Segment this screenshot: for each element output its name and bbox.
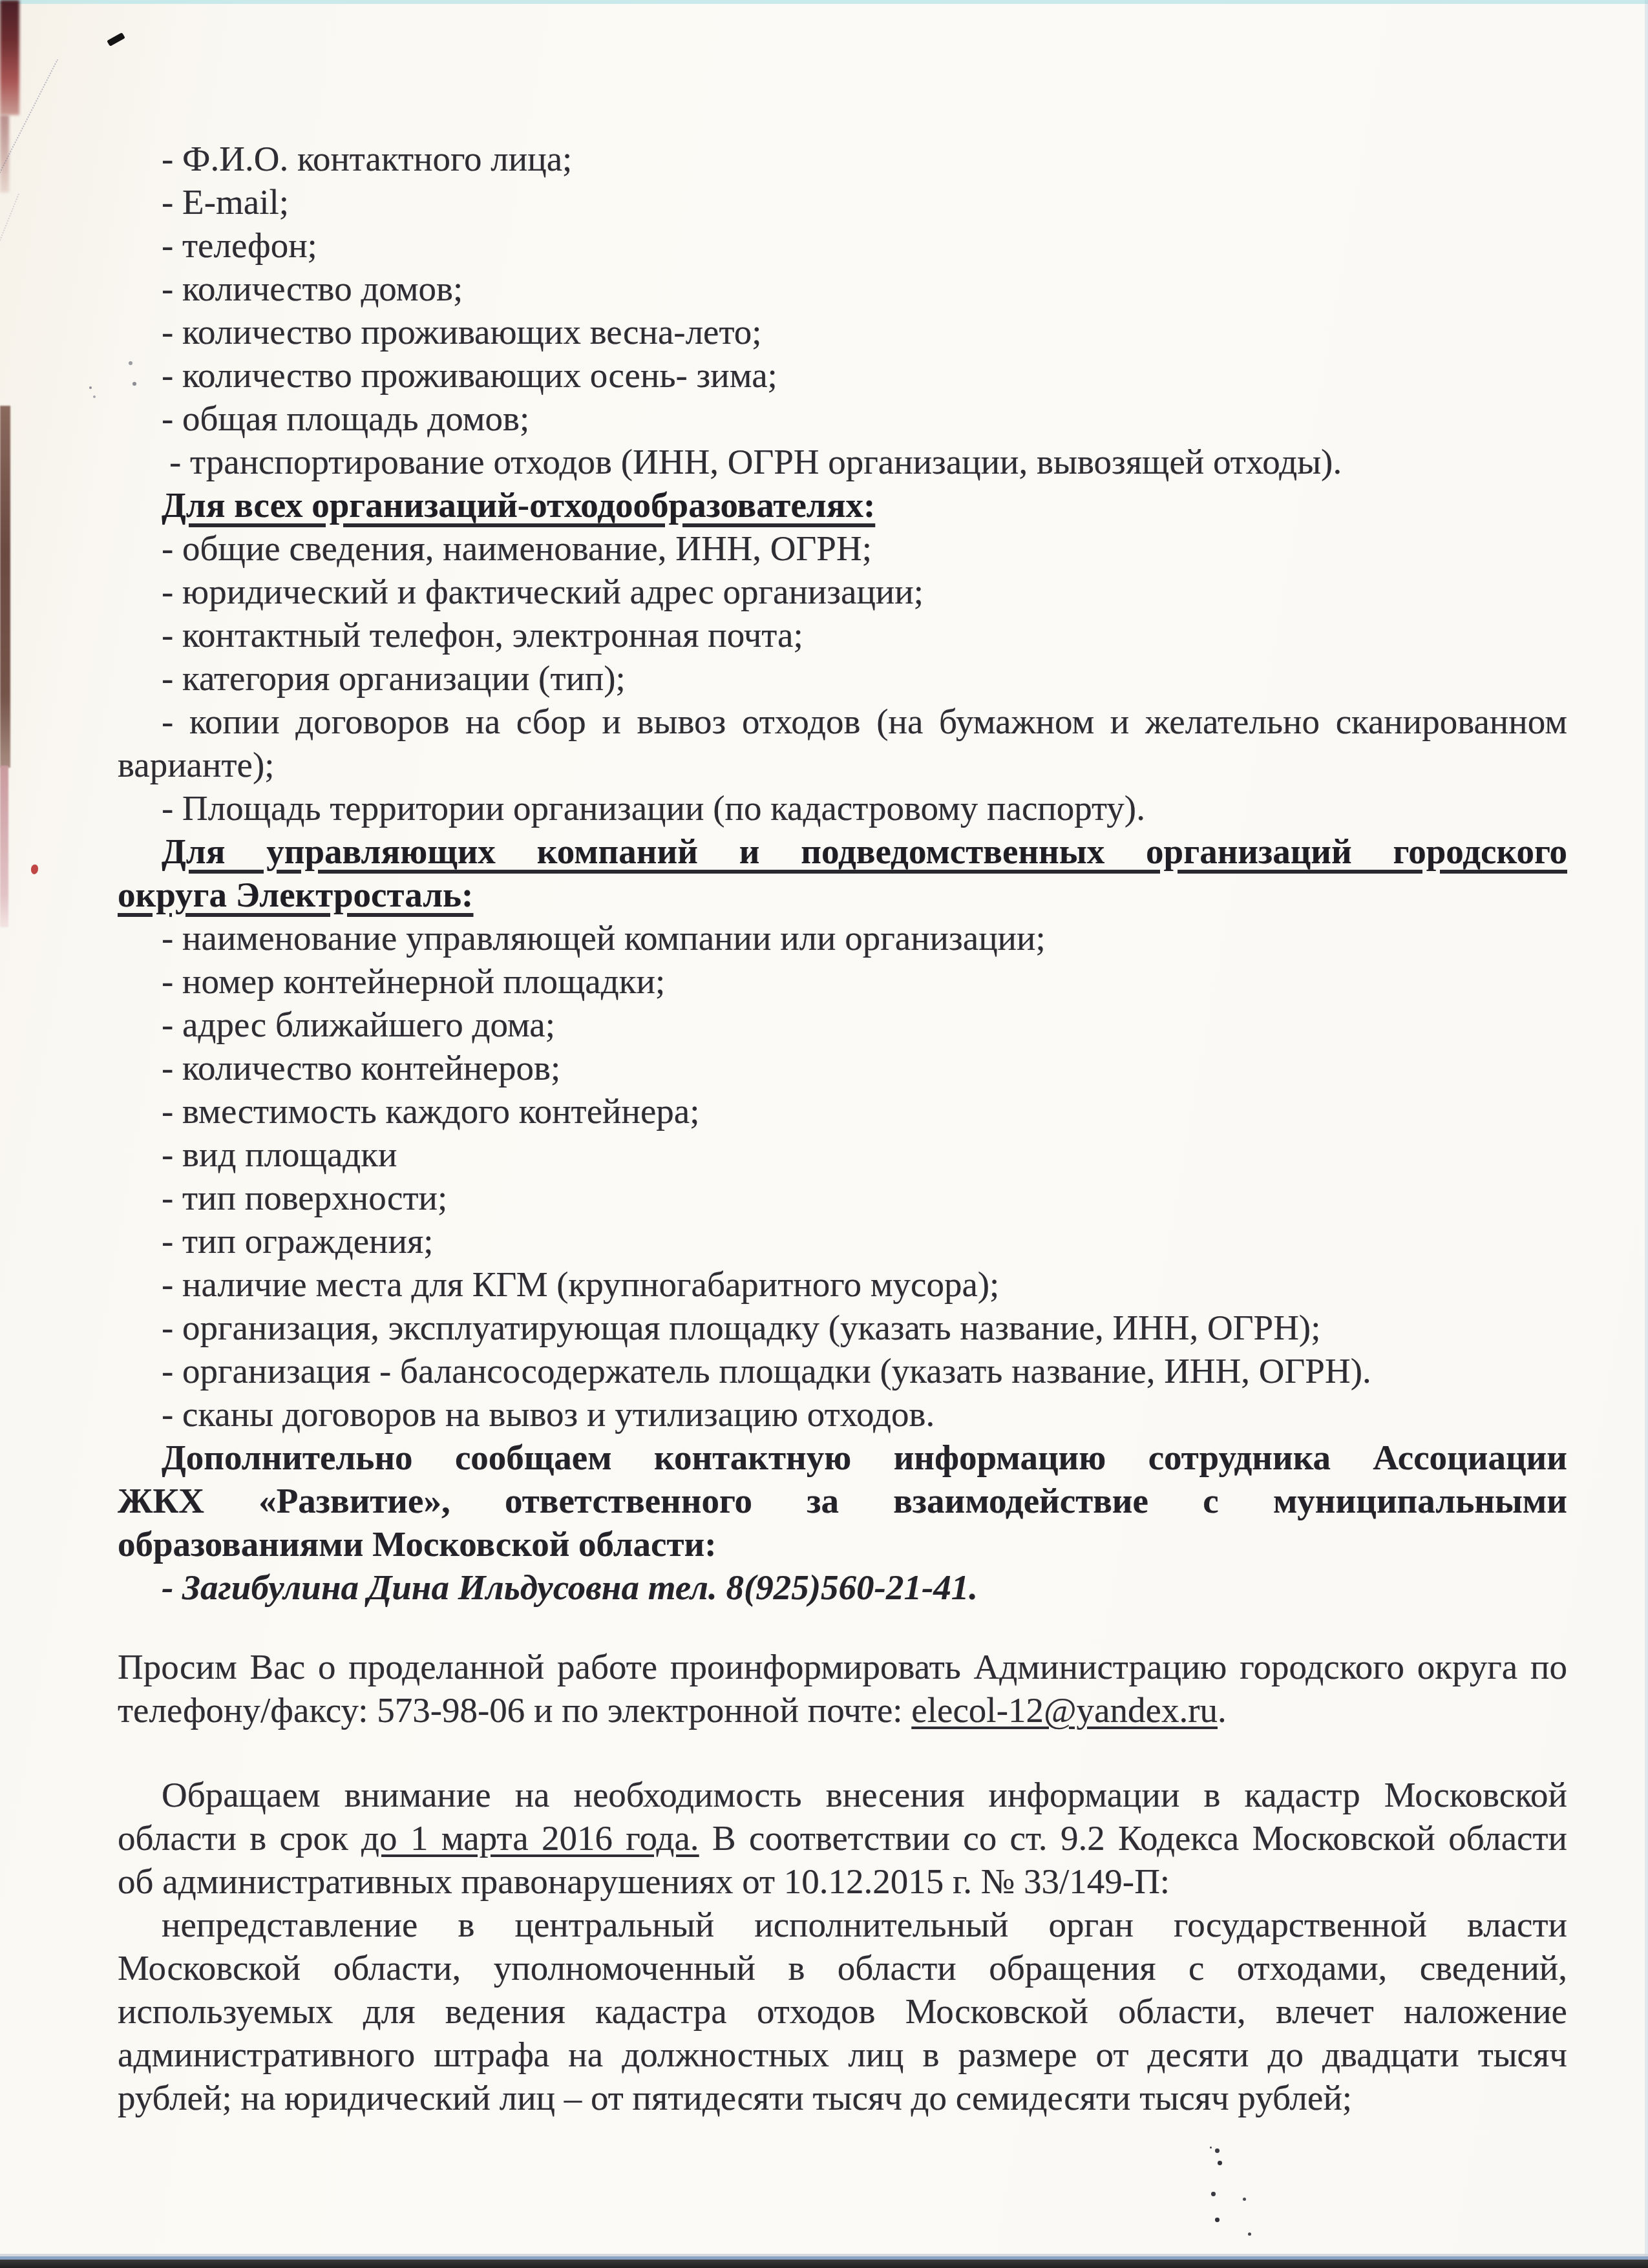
- document-text-block: - Ф.И.О. контактного лица; - E-mail; - т…: [118, 0, 1567, 2119]
- paragraph-line: телефону/факсу: 573-98-06 и по электронн…: [118, 1688, 1567, 1732]
- list-item-line: - Площадь территории организации (по кад…: [118, 786, 1567, 830]
- paragraph-line: административного штрафа на должностных …: [118, 2033, 1567, 2076]
- scanner-right-edge: [1645, 0, 1648, 2268]
- list-item-line: - общие сведения, наименование, ИНН, ОГР…: [118, 527, 1567, 570]
- crease-line-2: [0, 194, 19, 332]
- list-item-line: - копии договоров на сбор и вывоз отходо…: [118, 700, 1567, 743]
- scanned-page: - Ф.И.О. контактного лица; - E-mail; - т…: [0, 0, 1648, 2268]
- section-heading-continuation: округа Электросталь:: [118, 873, 1567, 916]
- text-run: В соответствии со ст. 9.2 Кодекса Москов…: [699, 1818, 1567, 1858]
- list-item-line: - количество контейнеров;: [118, 1046, 1567, 1089]
- section-heading-waste-producers: Для всех организаций-отходообразователях…: [118, 483, 1567, 527]
- paragraph-line: используемых для ведения кадастра отходо…: [118, 1990, 1567, 2033]
- blank-line: [118, 1732, 1567, 1773]
- crease-line: [0, 59, 58, 175]
- list-item-line: - Ф.И.О. контактного лица;: [118, 137, 1567, 180]
- list-item-line: - вид площадки: [118, 1133, 1567, 1176]
- section-heading-management-companies: Для управляющих компаний и подведомствен…: [118, 830, 1567, 873]
- list-item-line: - юридический и фактический адрес органи…: [118, 570, 1567, 613]
- list-item-line: - количество проживающих осень- зима;: [118, 353, 1567, 397]
- bottom-ink-specks: [1210, 2147, 1212, 2148]
- list-item-line: - организация - балансосодержатель площа…: [118, 1349, 1567, 1392]
- paragraph-line: образованиями Московской области:: [118, 1522, 1567, 1566]
- list-item-line: - общая площадь домов;: [118, 397, 1567, 440]
- list-item-continuation: варианте);: [118, 743, 1567, 786]
- list-item-line: - количество домов;: [118, 267, 1567, 310]
- paragraph-line-additional-contact: Дополнительно сообщаем контактную информ…: [118, 1436, 1567, 1479]
- paragraph-line: ЖКХ «Развитие», ответственного за взаимо…: [118, 1479, 1567, 1522]
- scanner-bottom-edge: [0, 2260, 1648, 2268]
- list-item-line: - организация, эксплуатирующая площадку …: [118, 1306, 1567, 1349]
- paragraph-line-report-request: Просим Вас о проделанной работе проинфор…: [118, 1645, 1567, 1688]
- list-item-line: - категория организации (тип);: [118, 656, 1567, 700]
- deadline-date: до 1 марта 2016 года.: [361, 1818, 699, 1858]
- contact-person-line: - Загибулина Дина Ильдусовна тел. 8(925)…: [118, 1566, 1567, 1609]
- email-address: elecol-12@yandex.ru: [911, 1690, 1218, 1730]
- list-item-line: - транспортирование отходов (ИНН, ОГРН о…: [118, 440, 1567, 483]
- list-item-line: - наличие места для КГМ (крупногабаритно…: [118, 1263, 1567, 1306]
- list-item-line: - контактный телефон, электронная почта;: [118, 613, 1567, 656]
- paragraph-line: об административных правонарушениях от 1…: [118, 1860, 1567, 1903]
- scan-left-red-fade: [0, 115, 9, 193]
- text-run: телефону/факсу: 573-98-06 и по электронн…: [118, 1690, 911, 1730]
- list-item-line: - тип ограждения;: [118, 1219, 1567, 1263]
- blank-line: [118, 1609, 1567, 1645]
- scanner-bottom-gray-line: [0, 2254, 1648, 2256]
- scanner-bottom-blue-line: [0, 2256, 1648, 2260]
- list-item-line: - вместимость каждого контейнера;: [118, 1089, 1567, 1133]
- list-item-line: - наименование управляющей компании или …: [118, 916, 1567, 960]
- margin-ink-specks: [89, 386, 92, 389]
- list-item-line: - тип поверхности;: [118, 1176, 1567, 1219]
- scan-left-brown-strip: [0, 406, 10, 768]
- text-run: области в срок: [118, 1818, 361, 1858]
- paragraph-line: Московской области, уполномоченный в обл…: [118, 1946, 1567, 1990]
- scan-left-red-blob: [0, 0, 19, 115]
- list-item-line: - номер контейнерной площадки;: [118, 960, 1567, 1003]
- list-item-line: - количество проживающих весна-лето;: [118, 310, 1567, 353]
- list-item-line: - сканы договоров на вывоз и утилизацию …: [118, 1392, 1567, 1436]
- paragraph-line-penalty: непредставление в центральный исполнител…: [118, 1903, 1567, 1946]
- paragraph-line: области в срок до 1 марта 2016 года. В с…: [118, 1816, 1567, 1860]
- paragraph-line: рублей; на юридический лиц – от пятидеся…: [118, 2076, 1567, 2119]
- scan-left-pink-strip: [0, 766, 8, 927]
- red-ink-speck: [31, 865, 38, 874]
- list-item-line: - E-mail;: [118, 180, 1567, 224]
- text-run: .: [1218, 1690, 1227, 1730]
- list-item-line: - телефон;: [118, 224, 1567, 267]
- paragraph-line-deadline-notice: Обращаем внимание на необходимость внесе…: [118, 1773, 1567, 1816]
- list-item-line: - адрес ближайшего дома;: [118, 1003, 1567, 1046]
